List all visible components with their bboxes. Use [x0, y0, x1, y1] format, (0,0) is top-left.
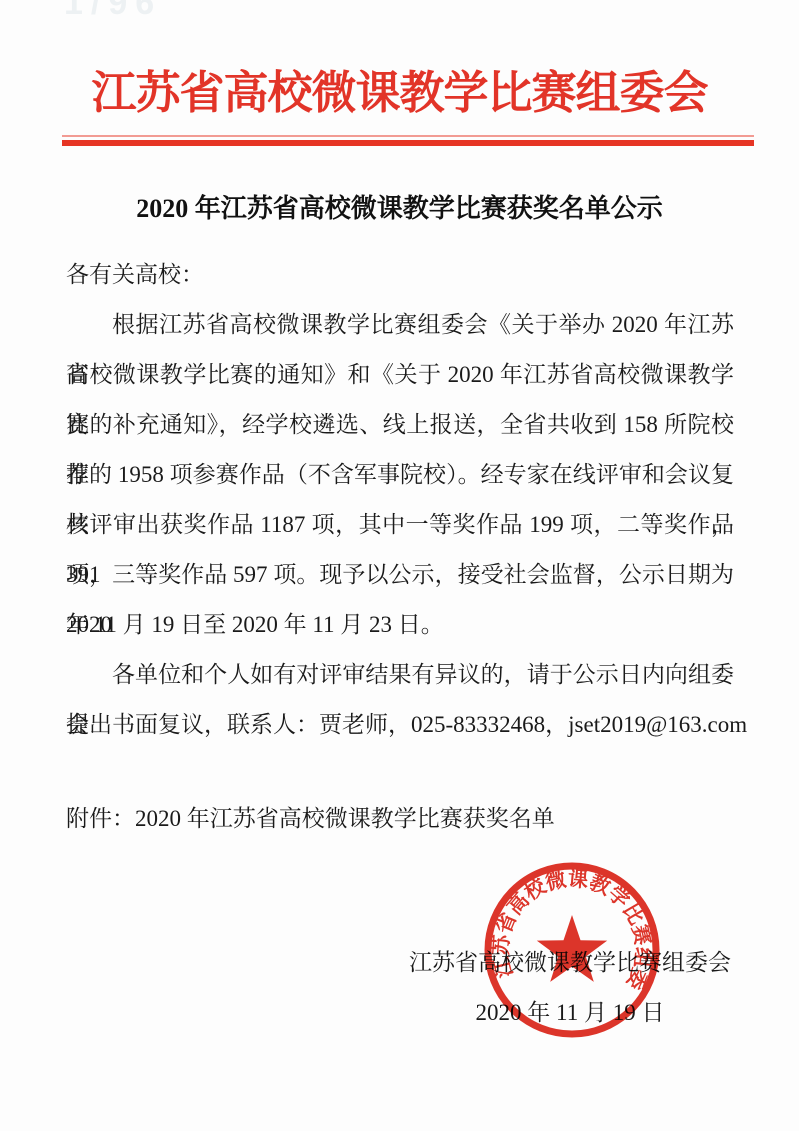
body-line: 根据江苏省高校微课教学比赛组委会《关于举办 2020 年江苏省 — [66, 300, 734, 350]
attachment-line: 附件：2020 年江苏省高校微课教学比赛获奖名单 — [66, 800, 555, 833]
letterhead-divider-thin — [62, 135, 754, 137]
body-line: 赛的补充通知》，经学校遴选、线上报送，全省共收到 158 所院校推 — [66, 400, 734, 450]
body-line: 年 11 月 19 日至 2020 年 11 月 23 日。 — [66, 600, 734, 650]
signature-date: 2020 年 11 月 19 日 — [408, 988, 732, 1038]
body-line: 提出书面复议，联系人：贾老师，025-83332468，jset2019@163… — [66, 700, 734, 750]
letterhead-title: 江苏省高校微课教学比赛组委会 — [0, 56, 799, 121]
document-title: 2020 年江苏省高校微课教学比赛获奖名单公示 — [0, 188, 799, 225]
body-line: 荐的 1958 项参赛作品（不含军事院校）。经专家在线评审和会议复核， — [66, 450, 734, 500]
body-line: 各单位和个人如有对评审结果有异议的，请于公示日内向组委会 — [66, 650, 734, 700]
body-line: 高校微课教学比赛的通知》和《关于 2020 年江苏省高校微课教学比 — [66, 350, 734, 400]
document-body: 各有关高校：根据江苏省高校微课教学比赛组委会《关于举办 2020 年江苏省高校微… — [66, 250, 734, 750]
document-page: 1/96 江苏省高校微课教学比赛组委会 2020 年江苏省高校微课教学比赛获奖名… — [0, 0, 799, 1131]
body-line: 项，三等奖作品 597 项。现予以公示，接受社会监督，公示日期为 2020 — [66, 550, 734, 600]
letterhead-divider-thick — [62, 140, 754, 146]
body-line: 共评审出获奖作品 1187 项，其中一等奖作品 199 项，二等奖作品 391 — [66, 500, 734, 550]
body-line: 各有关高校： — [66, 250, 734, 300]
page-indicator: 1/96 — [64, 0, 162, 23]
signature-org: 江苏省高校微课教学比赛组委会 — [408, 938, 732, 988]
signature-block: 江苏省高校微课教学比赛组委会 2020 年 11 月 19 日 — [408, 938, 732, 1038]
